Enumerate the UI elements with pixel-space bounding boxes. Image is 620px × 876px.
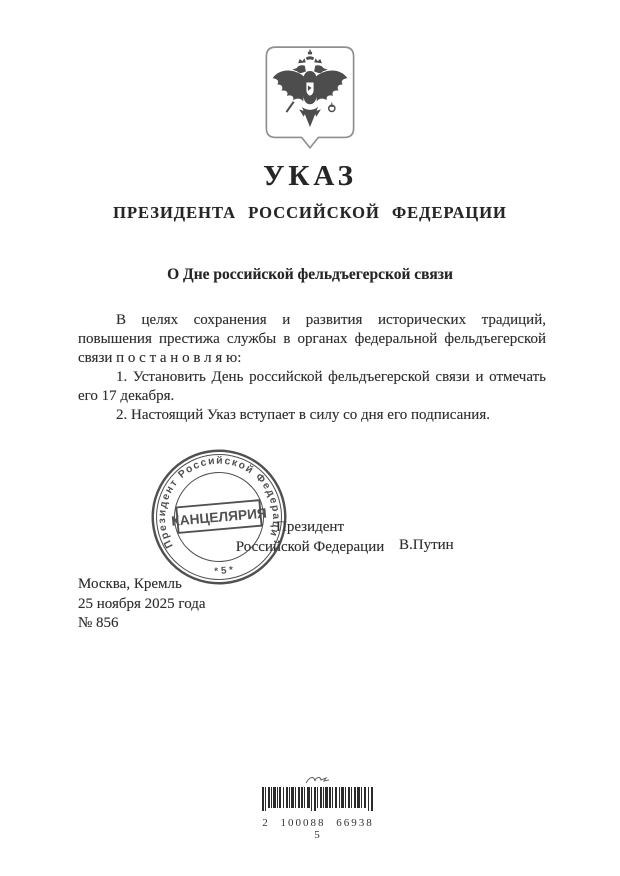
barcode-bars bbox=[262, 787, 374, 811]
issue-block: Москва, Кремль 25 ноября 2025 года № 856 bbox=[78, 575, 206, 634]
pen-mark-icon bbox=[303, 774, 333, 786]
paragraph-item-2: 2. Настоящий Указ вступает в силу со дня… bbox=[78, 406, 546, 425]
document-subtitle: ПРЕЗИДЕНТА РОССИЙСКОЙ ФЕДЕРАЦИИ bbox=[0, 203, 620, 223]
barcode: 2 100088 66938 5 bbox=[255, 774, 381, 841]
stamp-bottom-text: * 5 * bbox=[214, 565, 234, 578]
issue-number: № 856 bbox=[78, 614, 206, 634]
barcode-digits: 2 100088 66938 5 bbox=[255, 817, 381, 841]
document-body: В целях сохранения и развития историческ… bbox=[78, 311, 546, 425]
issue-place: Москва, Кремль bbox=[78, 575, 206, 595]
issue-date: 25 ноября 2025 года bbox=[78, 595, 206, 615]
paragraph-preamble: В целях сохранения и развития историческ… bbox=[78, 311, 546, 368]
paragraph-item-1: 1. Установить День российской фельдъегер… bbox=[78, 368, 546, 406]
signature-name: В.Путин bbox=[399, 537, 454, 554]
stamp-ring-text: Президент Российской Федерации bbox=[142, 440, 283, 551]
document-subject: О Дне российской фельдъегерской связи bbox=[0, 266, 620, 284]
decree-page: УКАЗ ПРЕЗИДЕНТА РОССИЙСКОЙ ФЕДЕРАЦИИ О Д… bbox=[0, 0, 620, 876]
document-title: УКАЗ bbox=[0, 160, 620, 193]
chancellery-stamp: Президент Российской Федерации КАНЦЕЛЯРИ… bbox=[142, 440, 296, 594]
russian-coat-of-arms-icon bbox=[263, 44, 357, 152]
